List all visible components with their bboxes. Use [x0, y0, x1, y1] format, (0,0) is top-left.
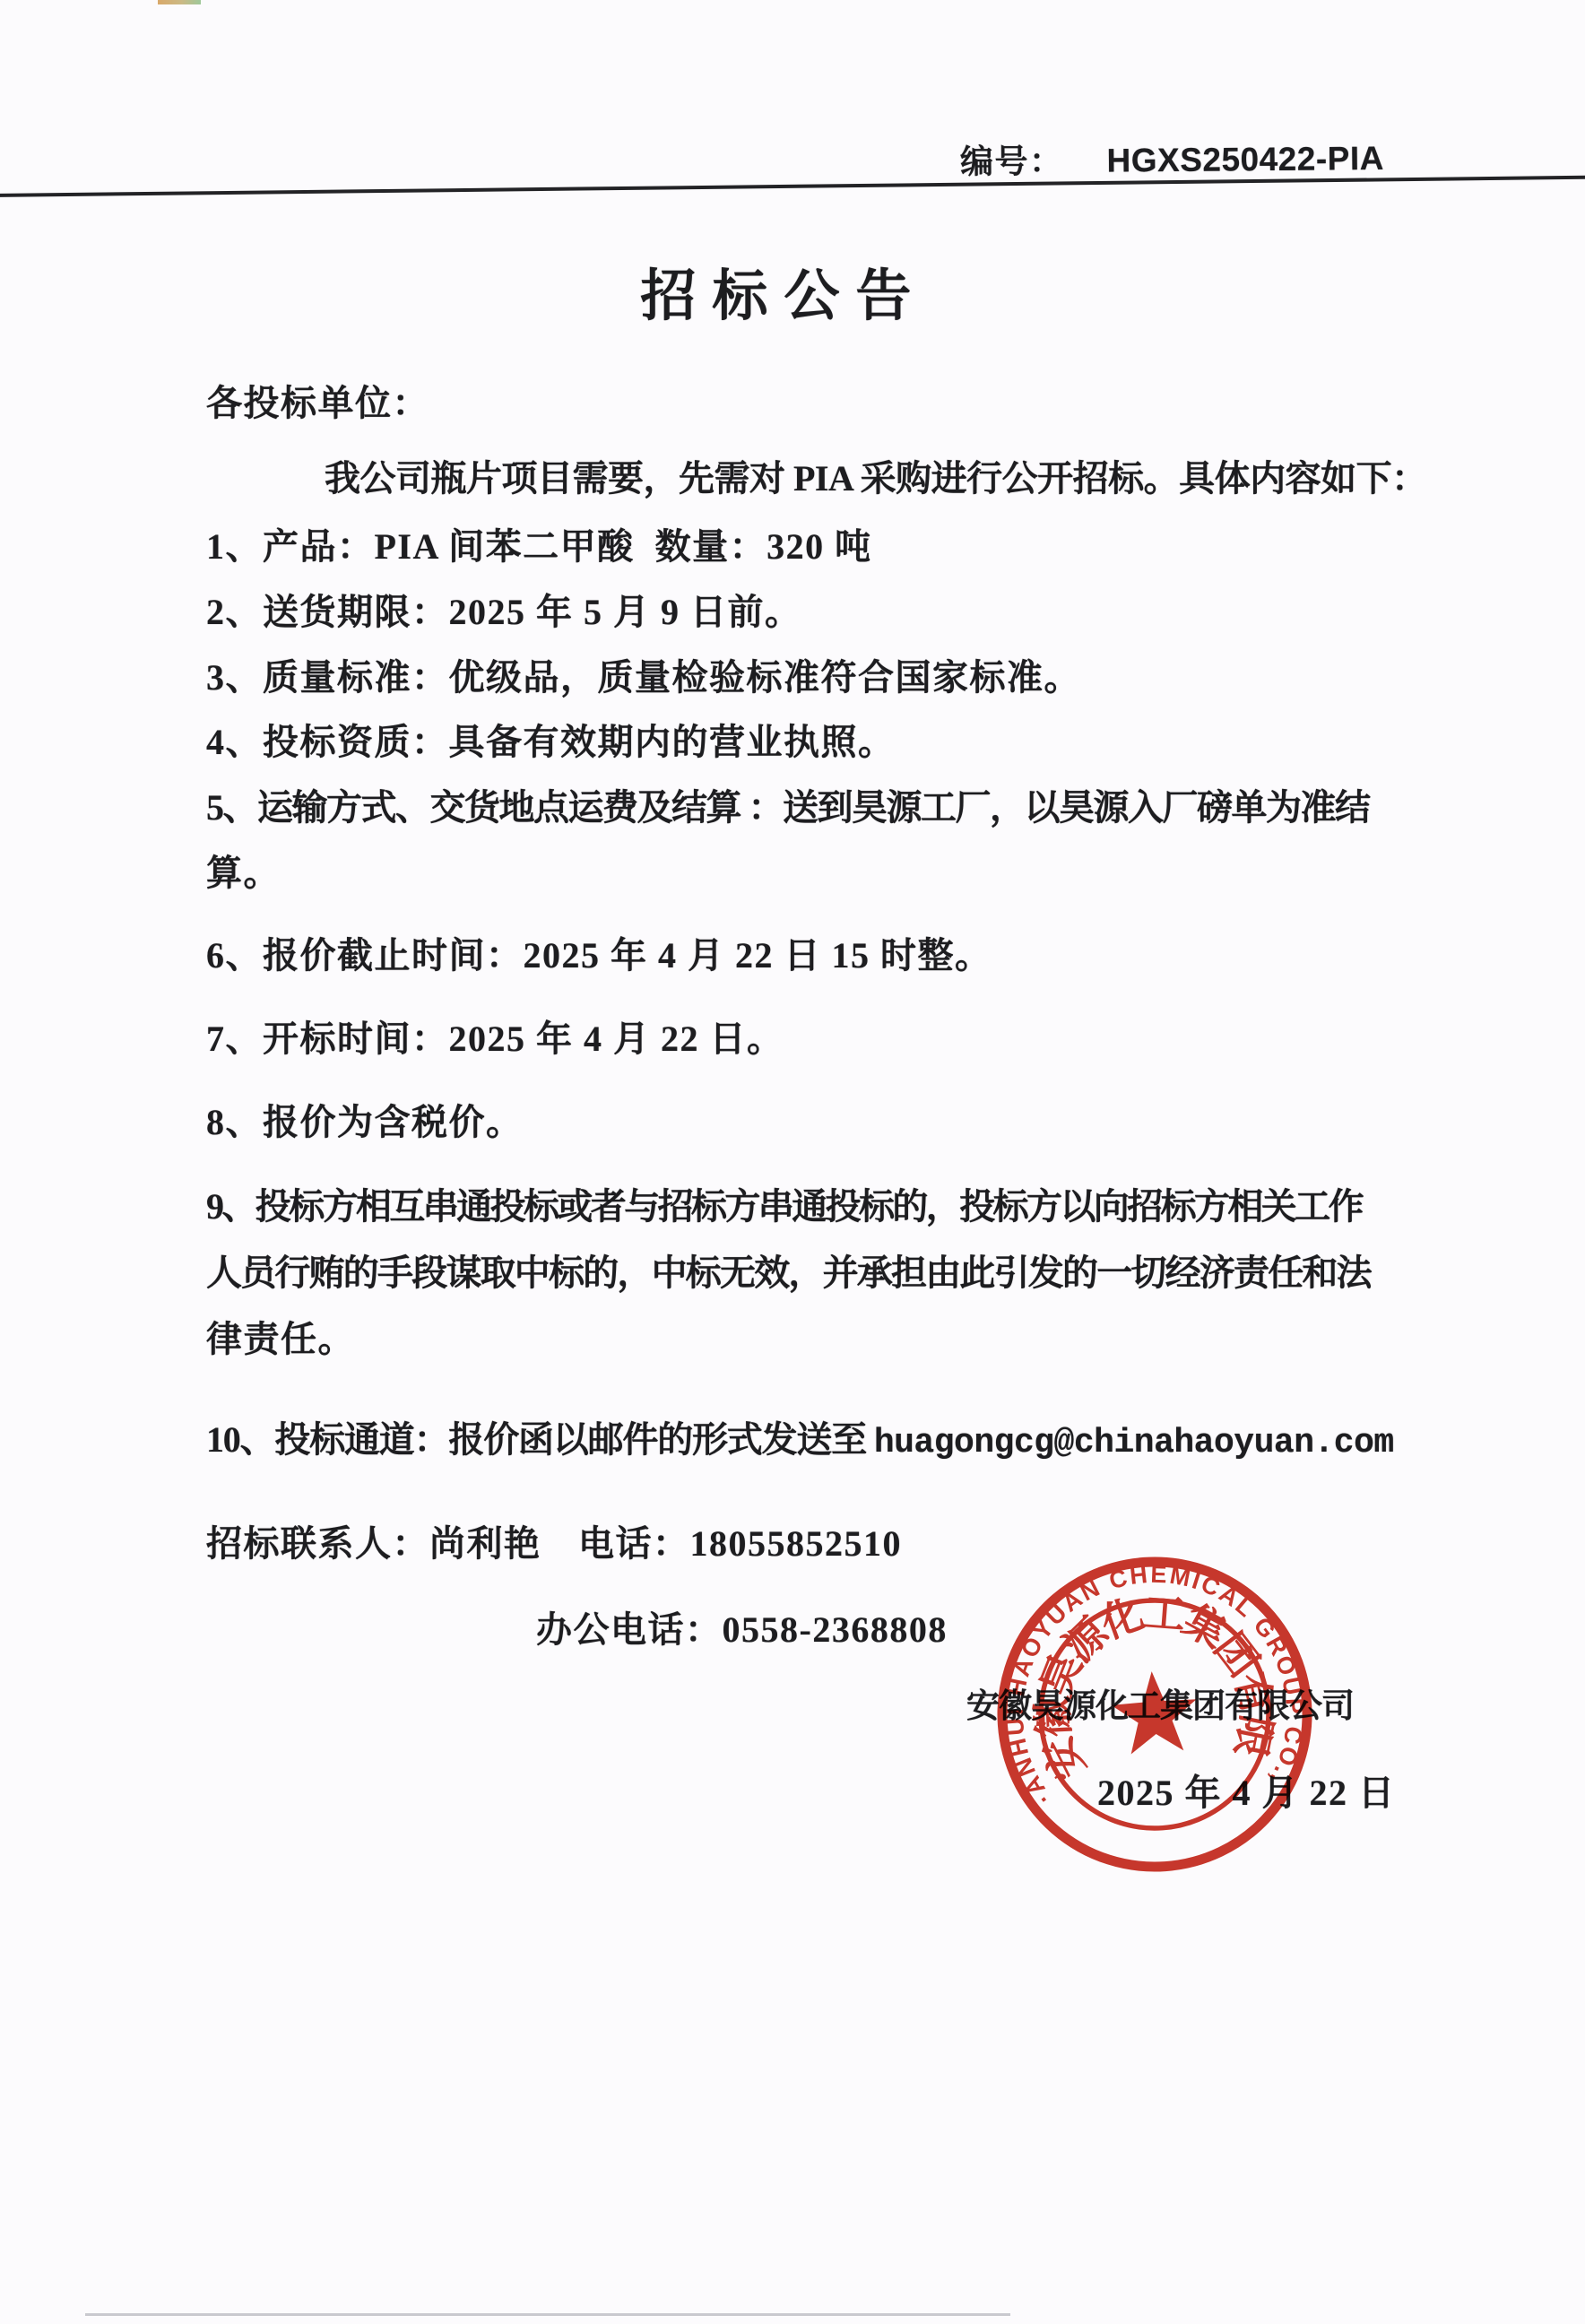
body-line-7: 7、开标时间：2025 年 4 月 22 日。	[206, 1010, 784, 1062]
body-line-10: 10、投标通道：报价函以邮件的形式发送至 huagongcg@chinahaoy…	[206, 1411, 1394, 1462]
office-phone-line: 办公电话：0558-2368808	[536, 1601, 948, 1652]
red-star-icon	[1109, 1669, 1200, 1756]
bid-email-address: huagongcg@chinahaoyuan.com	[874, 1424, 1394, 1462]
scanned-bid-announcement-page: 编号：HGXS250422-PIA 招标公告 各投标单位： 我公司瓶片项目需要，…	[0, 0, 1585, 2324]
body-line-8: 8、报价为含税价。	[206, 1094, 524, 1145]
body-line-4: 4、投标资质：具备有效期内的营业执照。	[206, 714, 896, 765]
body-line-9: 9、投标方相互串通投标或者与招标方串通投标的，投标方以向招标方相关工作	[206, 1178, 1362, 1229]
doc-number-line: 编号：HGXS250422-PIA	[960, 131, 1384, 183]
scan-artifact-top	[158, 0, 201, 4]
body-line-2: 2、送货期限：2025 年 5 月 9 日前。	[206, 584, 802, 635]
bid-channel-text: 10、投标通道：报价函以邮件的形式发送至	[206, 1419, 874, 1460]
body-line-5: 5、运输方式、交货地点运费及结算 ：送到昊源工厂，以昊源入厂磅单为准结	[206, 779, 1370, 830]
header-rule	[0, 176, 1585, 197]
intro-paragraph: 我公司瓶片项目需要，先需对 PIA 采购进行公开招标。具体内容如下：	[325, 450, 1427, 501]
doc-number-label: 编号：	[960, 143, 1064, 181]
bid-contact-line: 招标联系人：尚利艳 电话：18055852510	[206, 1515, 902, 1566]
scan-artifact-bottom	[85, 2313, 1010, 2316]
body-line-9-wrap1: 人员行贿的手段谋取中标的，中标无效，并承担由此引发的一切经济责任和法	[206, 1244, 1371, 1296]
body-line-6: 6、报价截止时间：2025 年 4 月 22 日 15 时整。	[206, 927, 992, 978]
body-line-5-wrap: 算。	[206, 845, 281, 896]
page-title: 招标公告	[640, 251, 927, 331]
body-line-1: 1、产品：PIA 间苯二甲酸 数量：320 吨	[206, 518, 872, 569]
body-line-9-wrap2: 律责任。	[206, 1311, 355, 1362]
salutation: 各投标单位：	[206, 375, 429, 426]
doc-number-value: HGXS250422-PIA	[1107, 140, 1385, 179]
body-line-3: 3、质量标准：优级品，质量检验标准符合国家标准。	[206, 649, 1081, 700]
company-seal-stamp: ·ANHUI HAOYUAN CHEMICAL GROUP CO.,LTD 安徽…	[981, 1539, 1329, 1890]
